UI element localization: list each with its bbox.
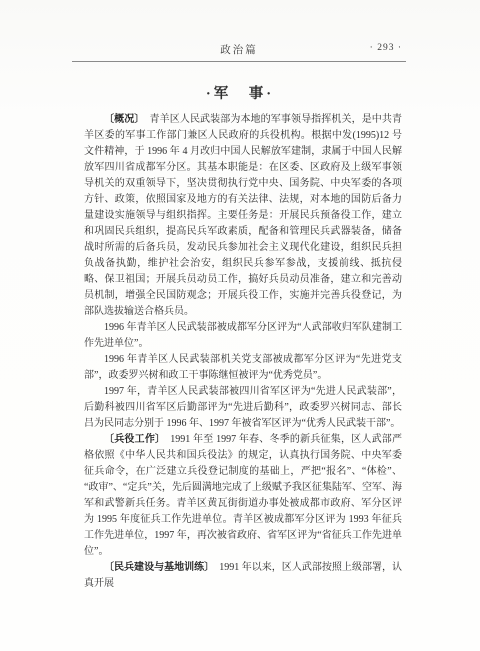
paragraph-head-militia-training: 〔民兵建设与基地训练〕 xyxy=(104,562,219,573)
paragraph-overview: 〔概况〕青羊区人民武装部为本地的军事领导指挥机关，是中共青羊区委的军事工作部门兼… xyxy=(84,112,402,320)
paragraph-militia-training: 〔民兵建设与基地训练〕1991 年以来，区人武部按照上级部署，认真开展 xyxy=(84,560,402,592)
paragraph-head-overview: 〔概况〕 xyxy=(104,114,149,125)
paragraph-award-1996-unit: 1996 年青羊区人民武装部被成都军分区评为“人武部收归军队建制工作先进单位”。 xyxy=(84,320,402,352)
paragraph-military-service: 〔兵役工作〕1991 年至 1997 年春、冬季的新兵征集，区人武部严格依照《中… xyxy=(84,432,402,560)
page-header: 政治篇 · 293 · xyxy=(72,40,406,62)
article-body: 〔概况〕青羊区人民武装部为本地的军事领导指挥机关，是中共青羊区委的军事工作部门兼… xyxy=(84,112,402,592)
paragraph-text: 1997 年，青羊区人民武装部被四川省军区评为“先进人民武装部”，后勤科被四川省… xyxy=(84,386,402,429)
article-title: ·军 事· xyxy=(0,82,480,103)
paragraph-award-1996-party: 1996 年青羊区人民武装部机关党支部被成都军分区评为“先进党支部”，政委罗兴树… xyxy=(84,352,402,384)
paragraph-text: 1991 年至 1997 年春、冬季的新兵征集，区人武部严格依照《中华人民共和国… xyxy=(84,434,402,557)
scanned-book-page: 政治篇 · 293 · ·军 事· 〔概况〕青羊区人民武装部为本地的军事领导指挥… xyxy=(0,0,480,651)
paragraph-text: 1996 年青羊区人民武装部被成都军分区评为“人武部收归军队建制工作先进单位”。 xyxy=(84,322,402,349)
running-head-section-title: 政治篇 xyxy=(72,42,406,57)
paragraph-award-1997: 1997 年，青羊区人民武装部被四川省军区评为“先进人民武装部”，后勤科被四川省… xyxy=(84,384,402,432)
paragraph-text: 青羊区人民武装部为本地的军事领导指挥机关，是中共青羊区委的军事工作部门兼区人民政… xyxy=(84,114,402,317)
paragraph-head-military-service: 〔兵役工作〕 xyxy=(104,434,170,445)
paragraph-text: 1996 年青羊区人民武装部机关党支部被成都军分区评为“先进党支部”，政委罗兴树… xyxy=(84,354,402,381)
page-number: · 293 · xyxy=(370,43,402,53)
